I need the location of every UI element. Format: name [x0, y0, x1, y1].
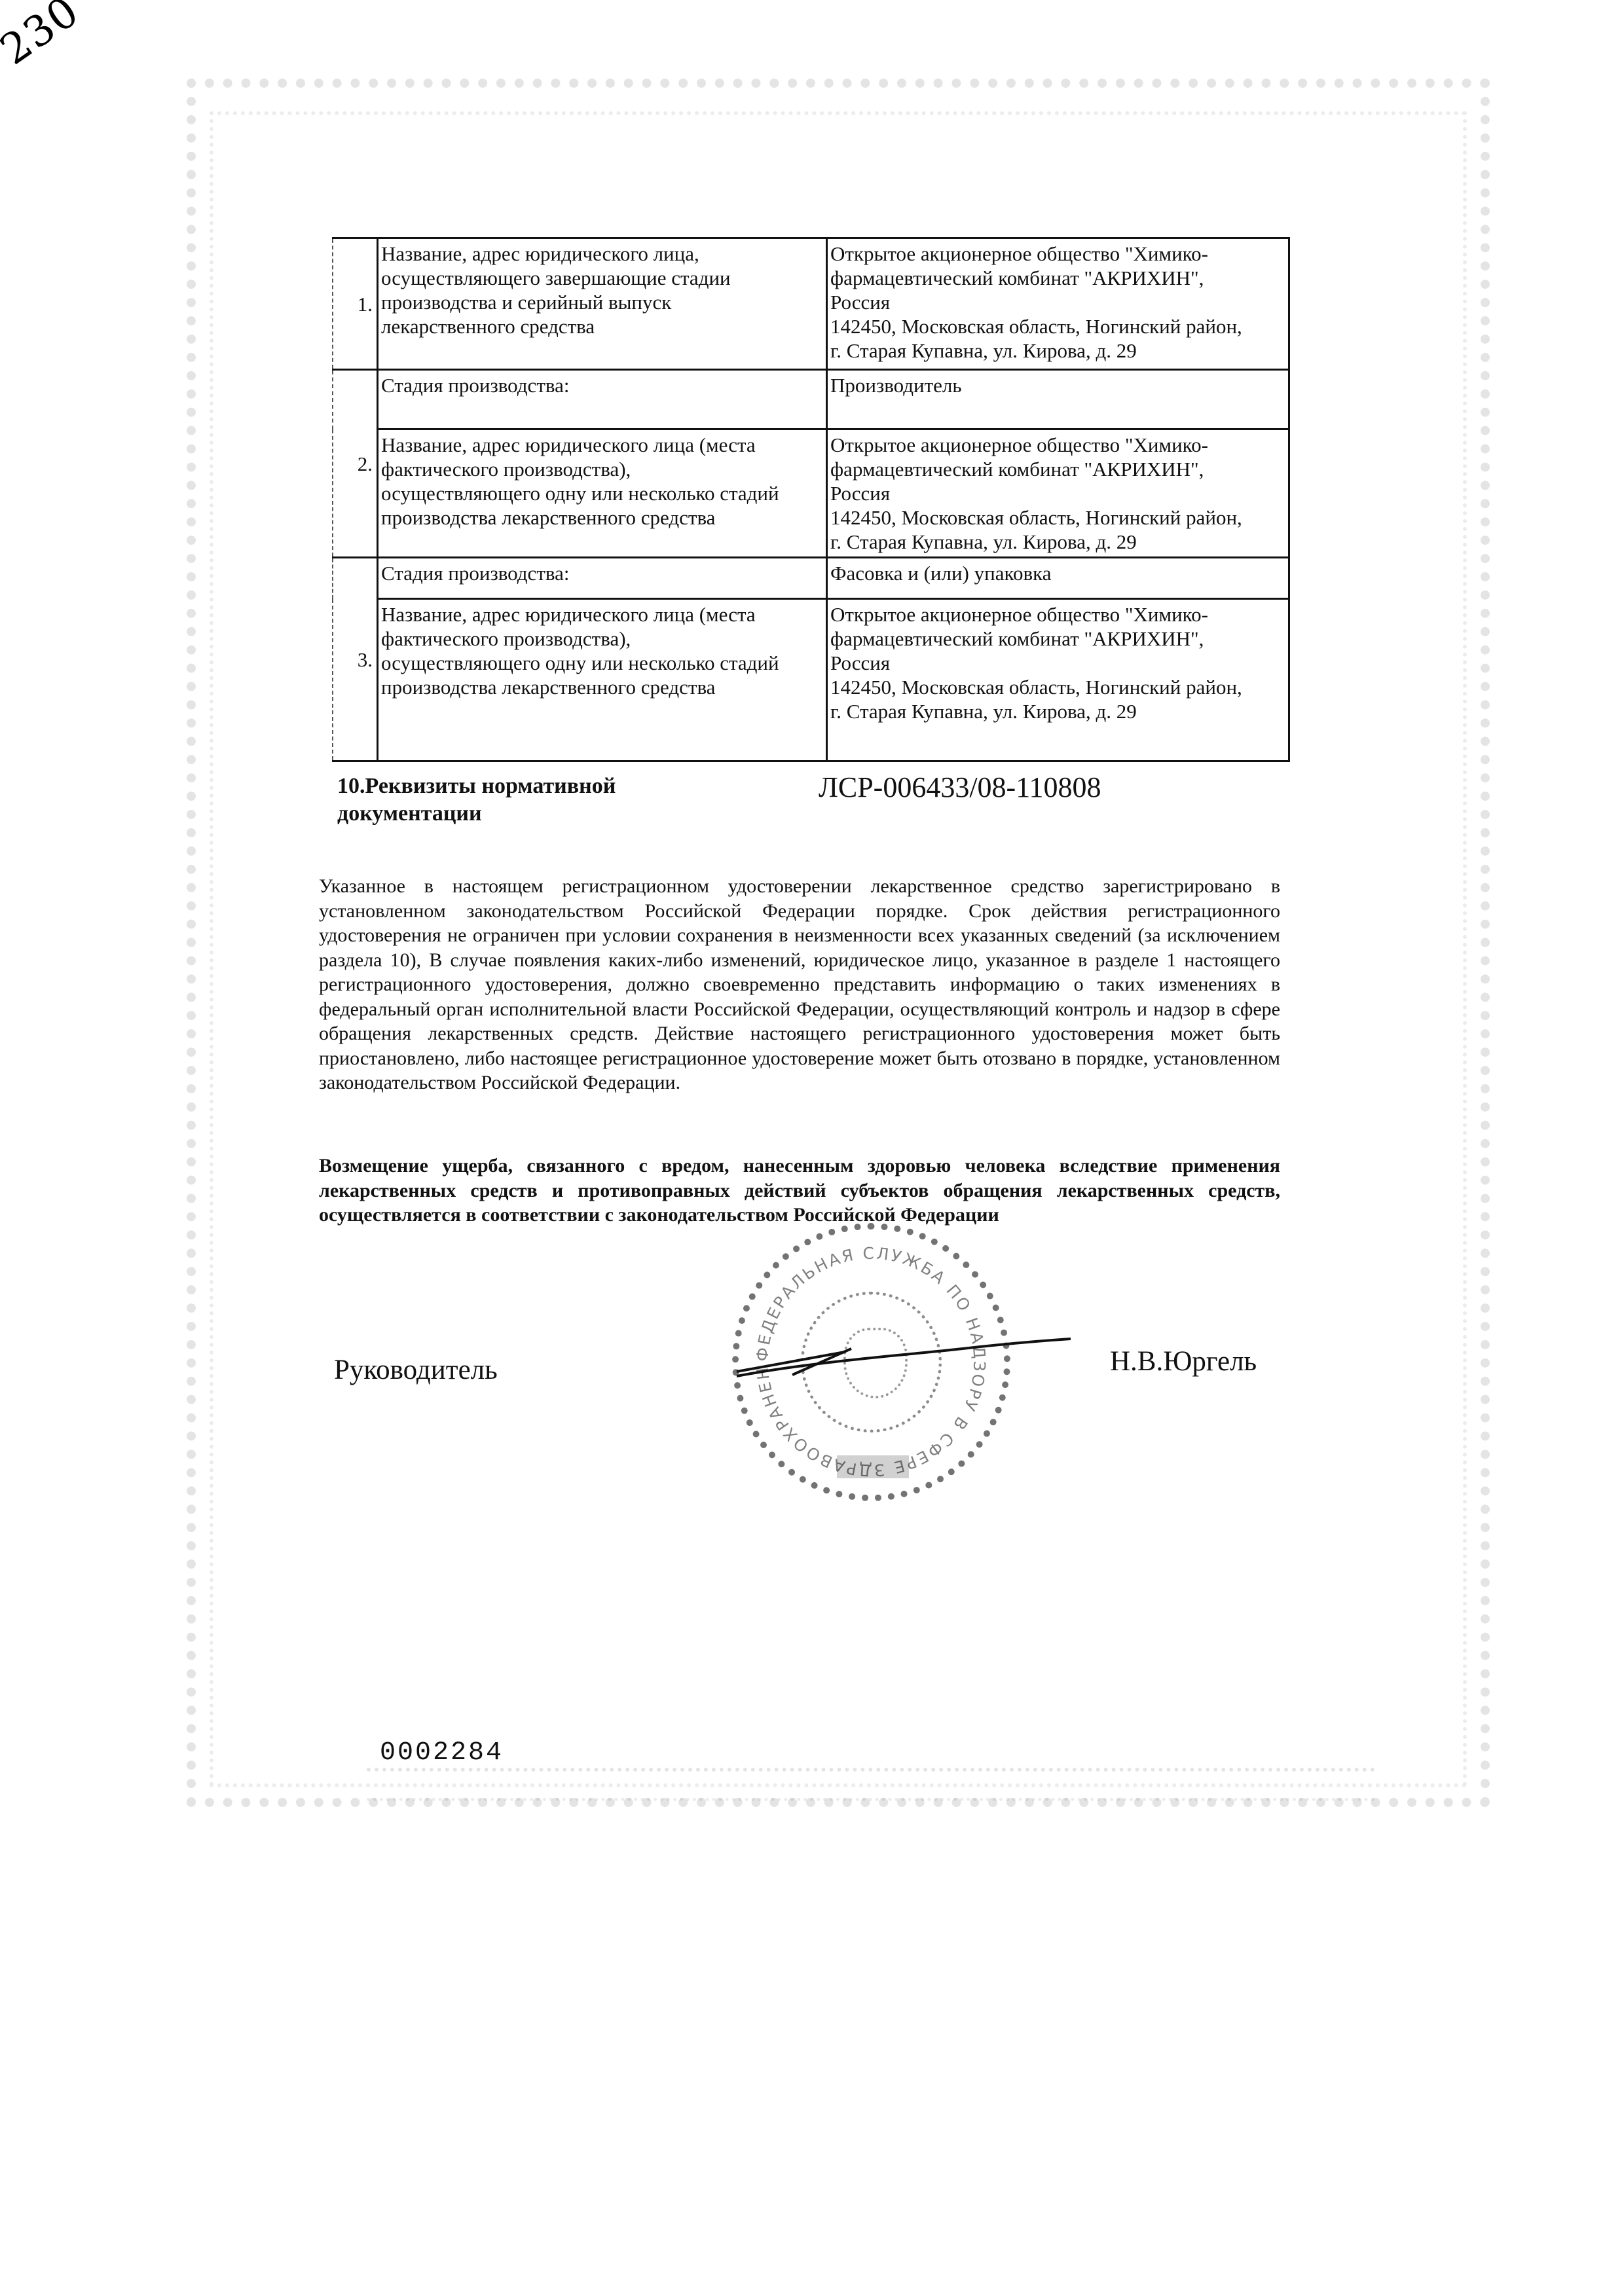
label-line: производства лекарственного средства: [381, 675, 823, 699]
stage-label: Стадия производства:: [378, 370, 827, 429]
section-10-title-line: 10.Реквизиты нормативной: [337, 773, 616, 800]
row-number: 1.: [333, 238, 378, 370]
label-line: Название, адрес юридического лица,: [381, 242, 823, 266]
section-10-title: 10.Реквизиты нормативной документации: [337, 773, 616, 828]
value-line: г. Старая Купавна, ул. Кирова, д. 29: [830, 699, 1285, 723]
label-line: Название, адрес юридического лица (места: [381, 433, 823, 457]
form-serial-number: 0002284: [380, 1738, 504, 1768]
label-line: производства лекарственного средства: [381, 505, 823, 530]
value-line: фармацевтический комбинат "АКРИХИН",: [830, 627, 1285, 651]
value-line: Открытое акционерное общество "Химико-: [830, 602, 1285, 627]
row-label: Название, адрес юридического лица, осуще…: [378, 238, 827, 370]
value-line: 142450, Московская область, Ногинский ра…: [830, 314, 1285, 338]
section-10-title-line: документации: [337, 800, 616, 828]
table-row: 2. Стадия производства: Производитель: [333, 370, 1289, 429]
decorative-frame-bottom: [367, 1768, 1375, 1801]
value-line: г. Старая Купавна, ул. Кирова, д. 29: [830, 338, 1285, 363]
handwritten-page-number: 230: [0, 0, 88, 75]
table-row: Название, адрес юридического лица (места…: [333, 599, 1289, 761]
row-value: Открытое акционерное общество "Химико- ф…: [827, 238, 1289, 370]
value-line: фармацевтический комбинат "АКРИХИН",: [830, 457, 1285, 481]
registration-number: ЛСР-006433/08-110808: [819, 771, 1101, 804]
value-line: Открытое акционерное общество "Химико-: [830, 242, 1285, 266]
value-line: Россия: [830, 651, 1285, 675]
stage-value: Фасовка и (или) упаковка: [827, 558, 1289, 599]
label-line: фактического производства),: [381, 627, 823, 651]
value-line: 142450, Московская область, Ногинский ра…: [830, 675, 1285, 699]
label-line: Название, адрес юридического лица (места: [381, 602, 823, 627]
value-line: Открытое акционерное общество "Химико-: [830, 433, 1285, 457]
value-line: Россия: [830, 481, 1285, 505]
row-value: Открытое акционерное общество "Химико- ф…: [827, 429, 1289, 558]
table-row: 1. Название, адрес юридического лица, ос…: [333, 238, 1289, 370]
stage-value: Производитель: [827, 370, 1289, 429]
stage-label: Стадия производства:: [378, 558, 827, 599]
row-label: Название, адрес юридического лица (места…: [378, 599, 827, 761]
row-number: 2.: [333, 370, 378, 558]
signer-name: Н.В.Юргель: [1110, 1345, 1257, 1377]
table-row: Название, адрес юридического лица (места…: [333, 429, 1289, 558]
label-line: осуществляющего завершающие стадии: [381, 266, 823, 290]
manufacturers-table: 1. Название, адрес юридического лица, ос…: [332, 237, 1290, 762]
label-line: лекарственного средства: [381, 314, 823, 338]
label-line: осуществляющего одну или несколько стади…: [381, 481, 823, 505]
label-line: производства и серийный выпуск: [381, 290, 823, 314]
signer-role: Руководитель: [334, 1354, 498, 1386]
value-line: Россия: [830, 290, 1285, 314]
value-line: г. Старая Купавна, ул. Кирова, д. 29: [830, 530, 1285, 554]
value-line: 142450, Московская область, Ногинский ра…: [830, 505, 1285, 530]
handwritten-signature-icon: [733, 1336, 1074, 1381]
label-line: осуществляющего одну или несколько стади…: [381, 651, 823, 675]
row-number: 3.: [333, 558, 378, 761]
table-row: 3. Стадия производства: Фасовка и (или) …: [333, 558, 1289, 599]
value-line: фармацевтический комбинат "АКРИХИН",: [830, 266, 1285, 290]
liability-paragraph: Возмещение ущерба, связанного с вредом, …: [319, 1154, 1280, 1228]
seal-bottom-mark: [837, 1455, 909, 1478]
label-line: фактического производства),: [381, 457, 823, 481]
validity-paragraph: Указанное в настоящем регистрационном уд…: [319, 874, 1280, 1095]
row-label: Название, адрес юридического лица (места…: [378, 429, 827, 558]
row-value: Открытое акционерное общество "Химико- ф…: [827, 599, 1289, 761]
